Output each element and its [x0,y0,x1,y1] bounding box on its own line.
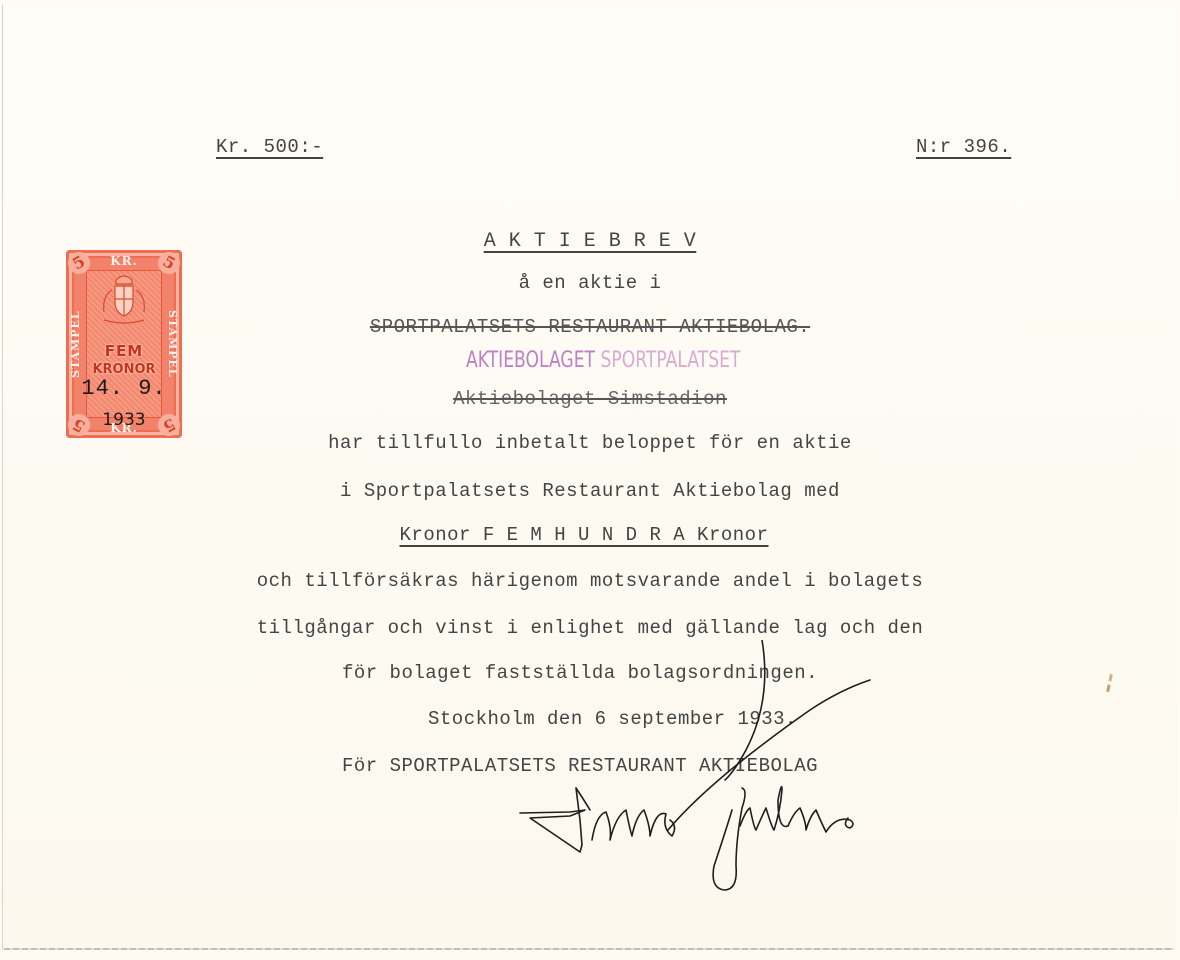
stamp-top-label: KR. [66,254,182,268]
rubber-stamp: AKTIEBOLAGET SPORTPALATSET [466,348,740,373]
stamp-value-word: FEM [66,342,182,360]
stamp-currency-word: KRONOR [66,362,182,377]
revenue-stamp: 5 5 5 5 KR. KR. STAMPEL STAMPEL FEM KRON… [66,250,182,438]
amount-label: Kr. 500:- [216,136,323,158]
coat-of-arms-icon [100,272,148,328]
body-line-2: i Sportpalatsets Restaurant Aktiebolag m… [0,480,1180,502]
stamp-cancellation-year: 1933 [66,410,182,430]
amount-in-words: Kronor F E M H U N D R A Kronor [0,524,1174,546]
stamp-cancellation-date: 14. 9. [66,376,182,401]
paper-bottom-edge [4,948,1174,950]
body-line-4: och tillförsäkras härigenom motsvarande … [0,570,1180,592]
certificate-number: N:r 396. [916,136,1011,158]
rubber-stamp-part2: SPORTPALATSET [601,348,741,373]
body-line-5: tillgångar och vinst i enlighet med gäll… [0,617,1180,639]
signature [510,640,910,900]
rubber-stamp-part1: AKTIEBOLAGET [466,348,595,373]
